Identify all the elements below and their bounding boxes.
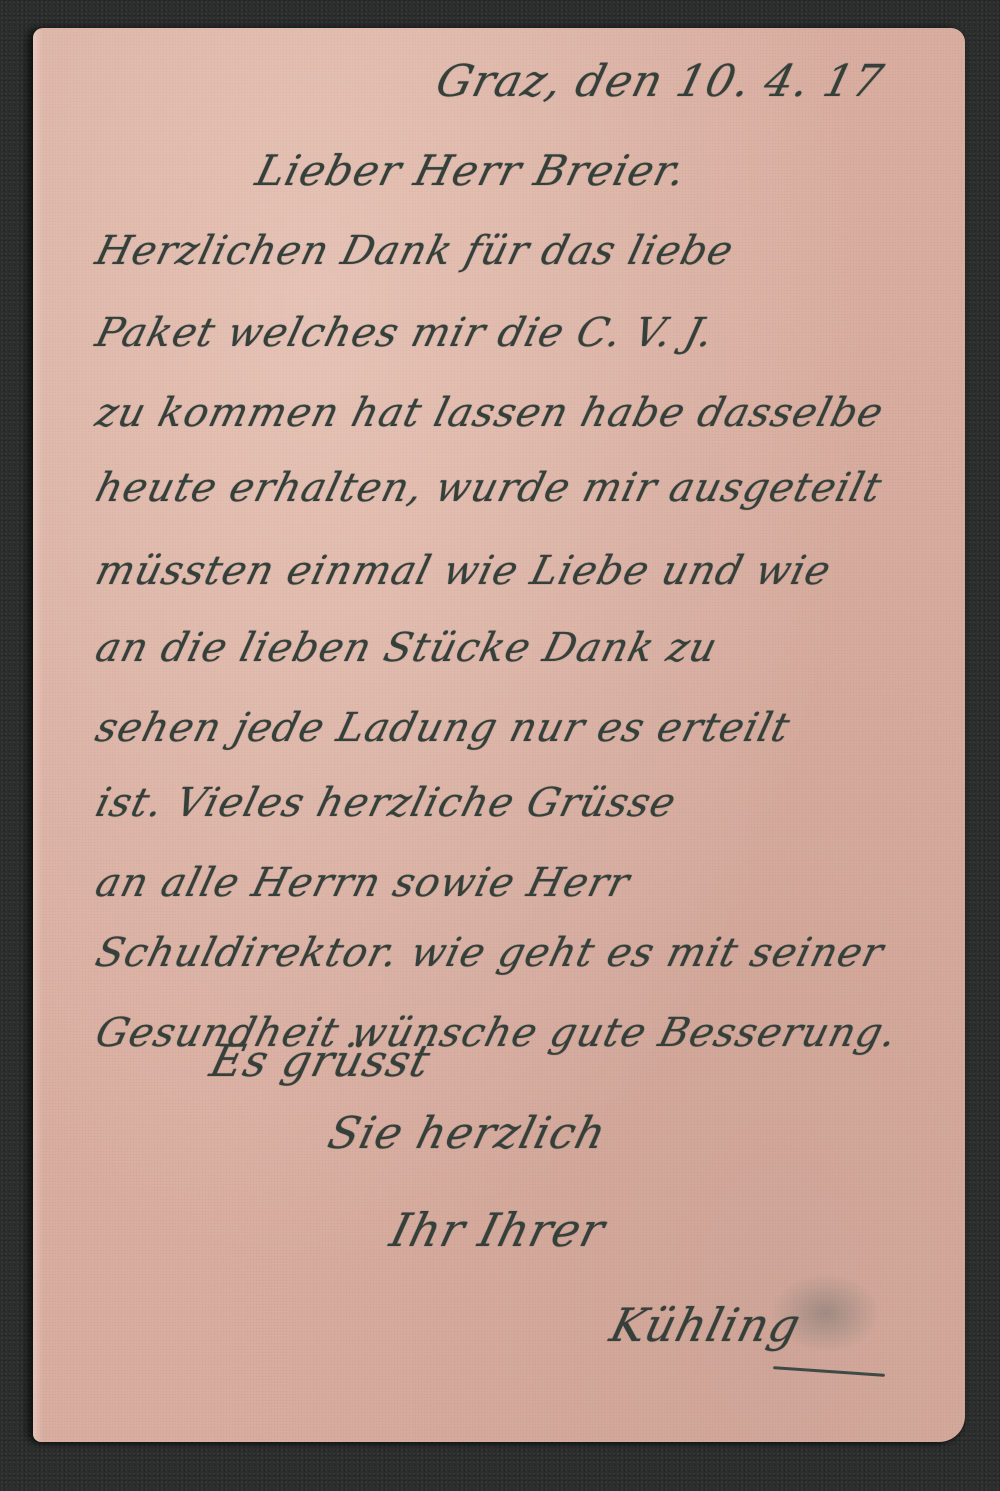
body-line: heute erhalten, wurde mir ausgeteilt — [91, 465, 887, 511]
body-line: Paket welches mir die C. V. J. — [91, 310, 719, 356]
salutation: Lieber Herr Breier. — [251, 146, 691, 195]
body-line: an die lieben Stücke Dank zu — [91, 625, 722, 671]
closing-line-1: Es grüsst — [205, 1036, 436, 1087]
closing-line-3: Ihr Ihrer — [385, 1203, 611, 1257]
body-line: ist. Vieles herzliche Grüsse — [91, 780, 681, 826]
postcard: Graz, den 10. 4. 17 Lieber Herr Breier. … — [33, 28, 965, 1442]
place-date: Graz, den 10. 4. 17 — [431, 56, 889, 107]
closing-line-2: Sie herzlich — [323, 1108, 612, 1159]
signature: Kühling — [605, 1298, 807, 1352]
body-line: müssten einmal wie Liebe und wie — [91, 548, 836, 594]
body-line: Schuldirektor. wie geht es mit seiner — [91, 930, 889, 976]
body-line: Gesundheit wünsche gute Besserung. — [91, 1010, 902, 1056]
body-line: an alle Herrn sowie Herr — [91, 860, 635, 906]
body-line: sehen jede Ladung nur es erteilt — [91, 705, 795, 751]
signature-underline — [773, 1366, 885, 1377]
body-line: zu kommen hat lassen habe dasselbe — [91, 390, 888, 436]
body-line: Herzlichen Dank für das liebe — [91, 228, 738, 274]
